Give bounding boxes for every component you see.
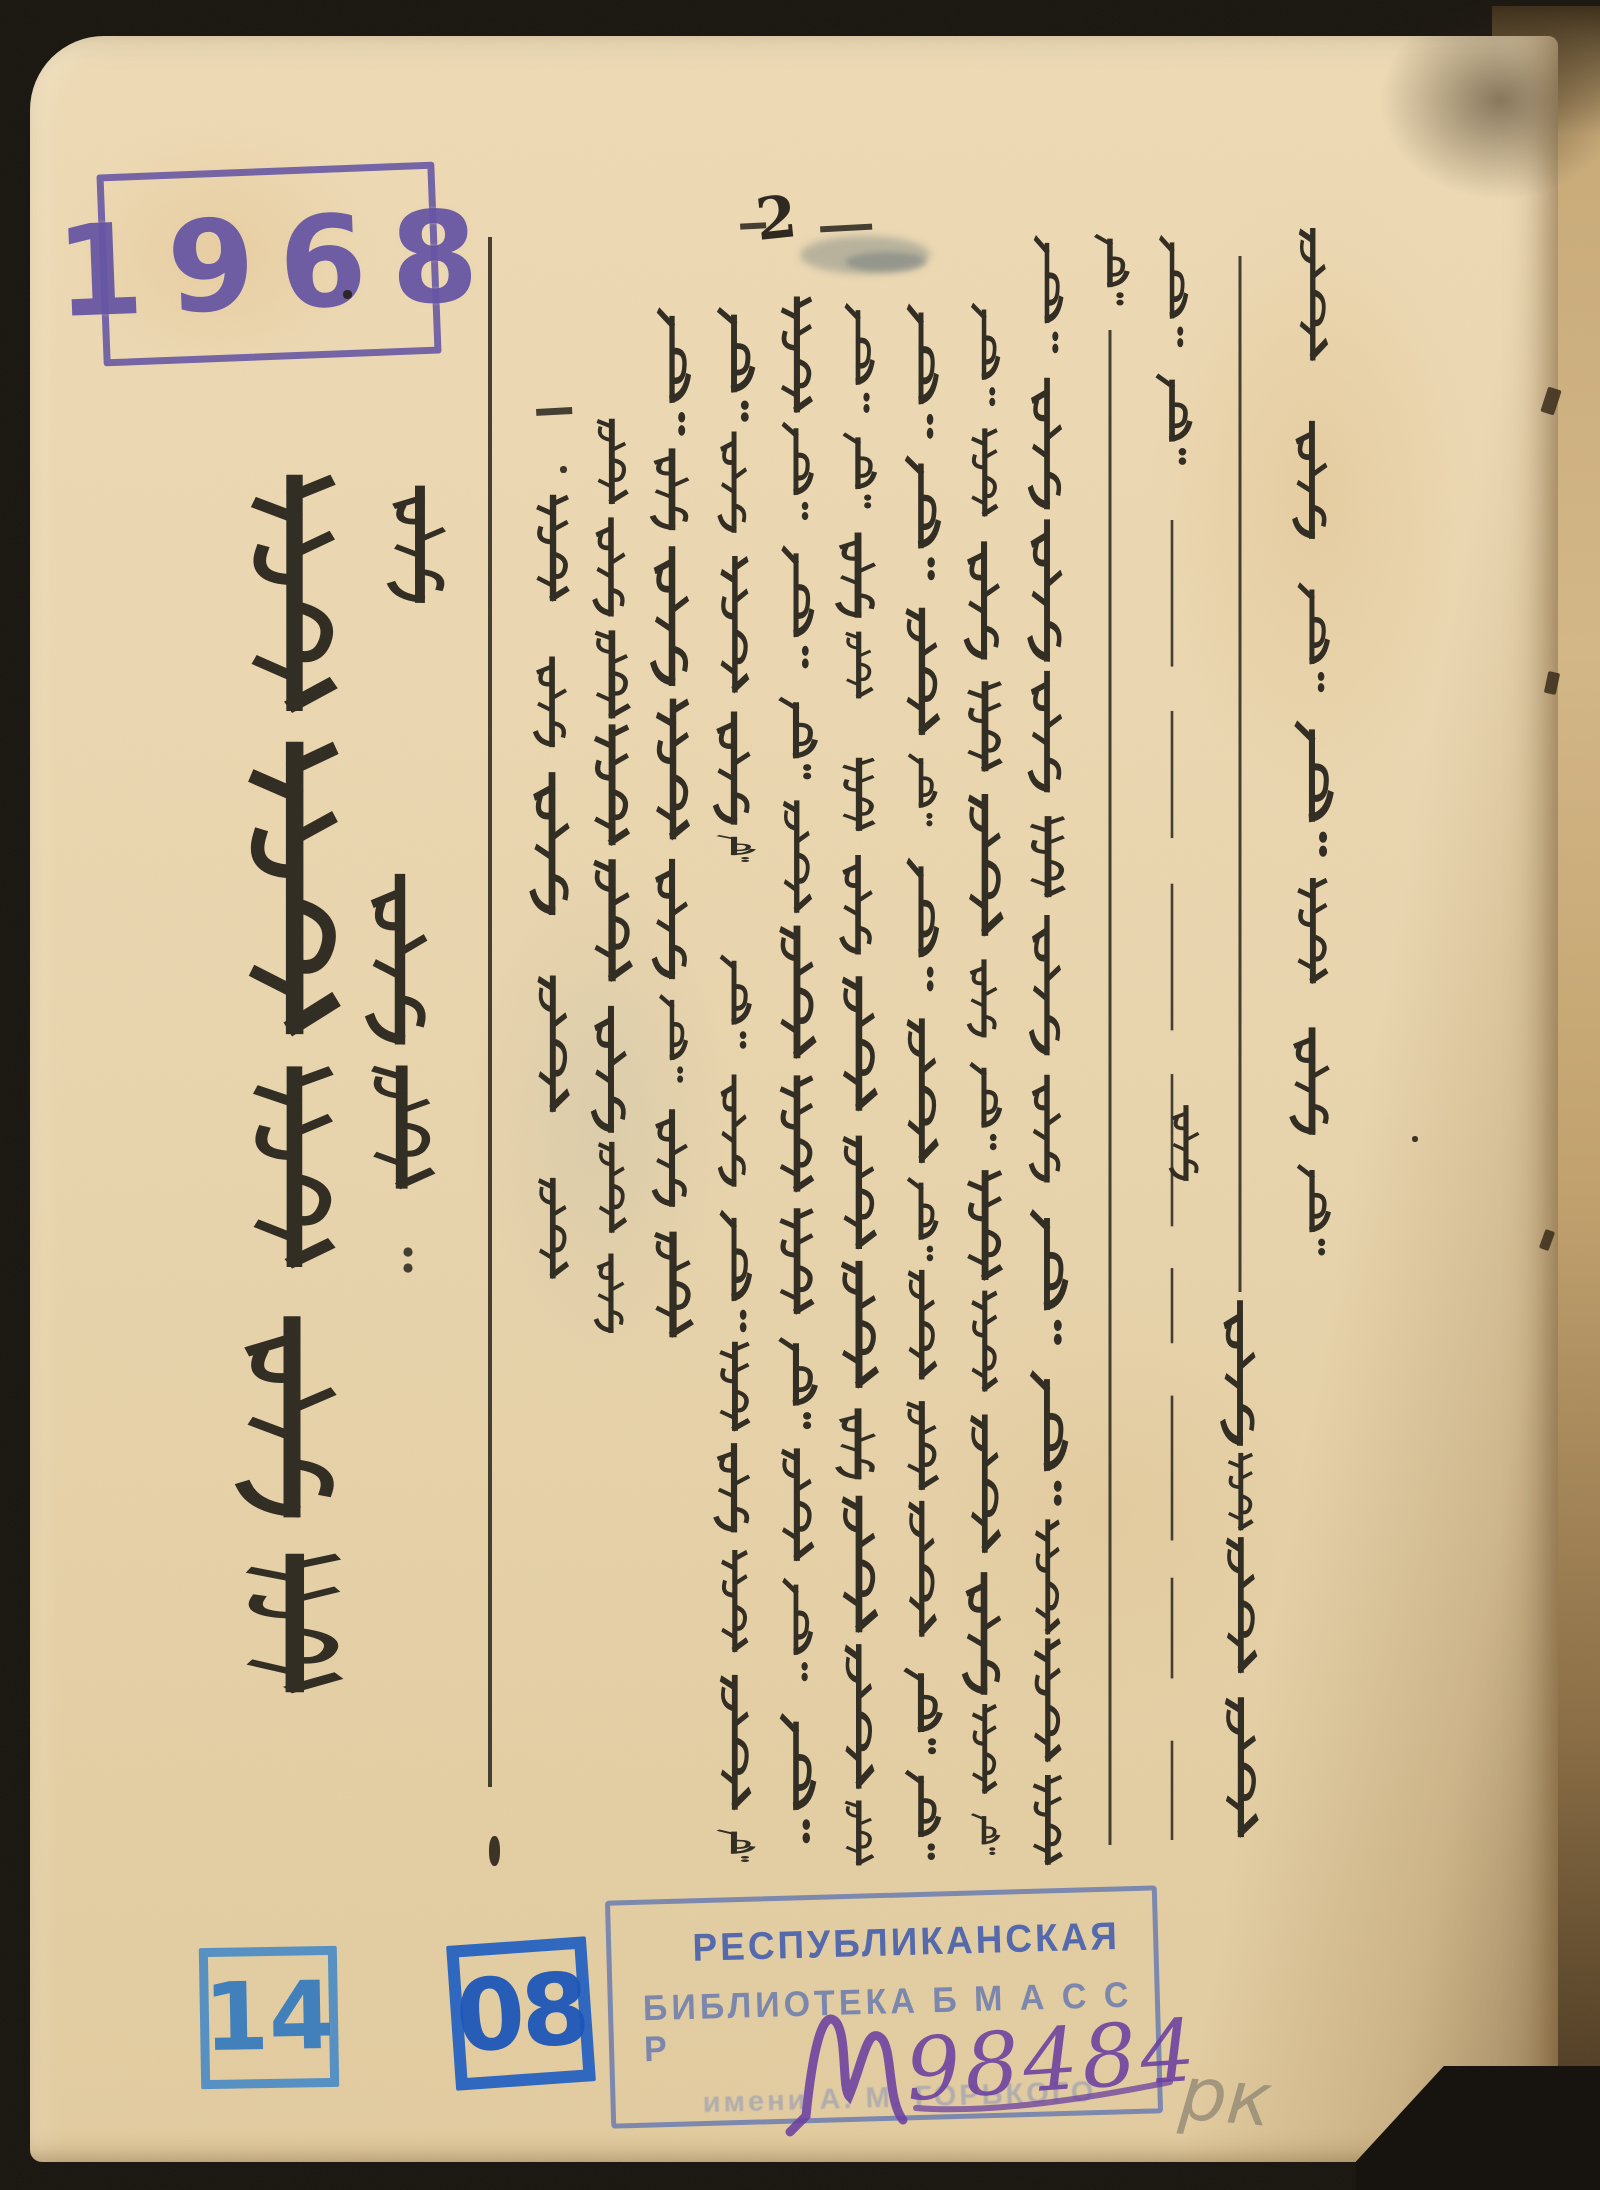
- ink-speck: [489, 1836, 500, 1866]
- handwritten-letter-m: [790, 2019, 903, 2132]
- scan-canvas: 2 1968 14 08 РЕСПУБЛИКАНСКАЯ БИБЛИОТЕКА …: [0, 0, 1600, 2190]
- ink-speck: [560, 466, 567, 473]
- handwriting-layer: 98484 рк: [0, 0, 1600, 2190]
- ink-speck: [343, 290, 352, 299]
- pencil-note: рк: [1175, 2050, 1275, 2144]
- ink-speck: [1412, 1136, 1418, 1142]
